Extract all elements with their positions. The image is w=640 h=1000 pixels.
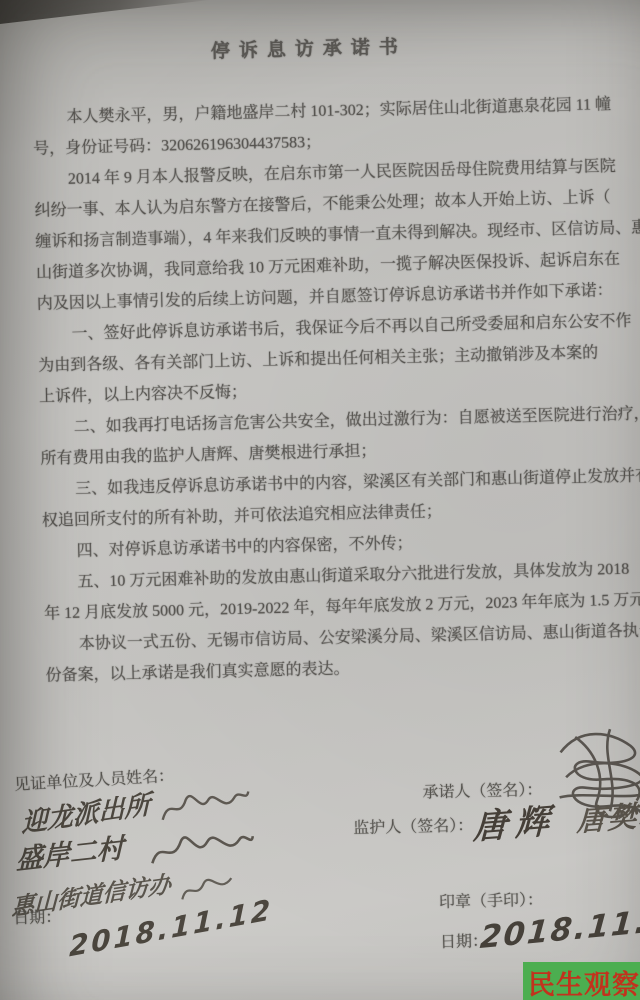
- guardian-name: 唐辉: [473, 801, 558, 848]
- guardian-label: 监护人（签名）：: [353, 812, 474, 838]
- watermark-badge: 民生观察: [523, 962, 640, 1000]
- document-body: 本人樊永平，男，户籍地盛岸二村 101-302；实际居住山北街道惠泉花园 11 …: [32, 85, 640, 692]
- witness-section-label: 见证单位及人员姓名：: [14, 763, 175, 795]
- date-label: 日期：: [13, 904, 62, 928]
- seal-label: 印章（手印）：: [439, 887, 544, 912]
- document-title: 停诉息访承诺书: [0, 27, 629, 69]
- guardian-name: 唐樊根: [576, 797, 640, 838]
- document-photo: 停诉息访承诺书 本人樊永平，男，户籍地盛岸二村 101-302；实际居住山北街道…: [0, 0, 640, 1000]
- document-sheet: 停诉息访承诺书 本人樊永平，男，户籍地盛岸二村 101-302；实际居住山北街道…: [0, 0, 640, 1000]
